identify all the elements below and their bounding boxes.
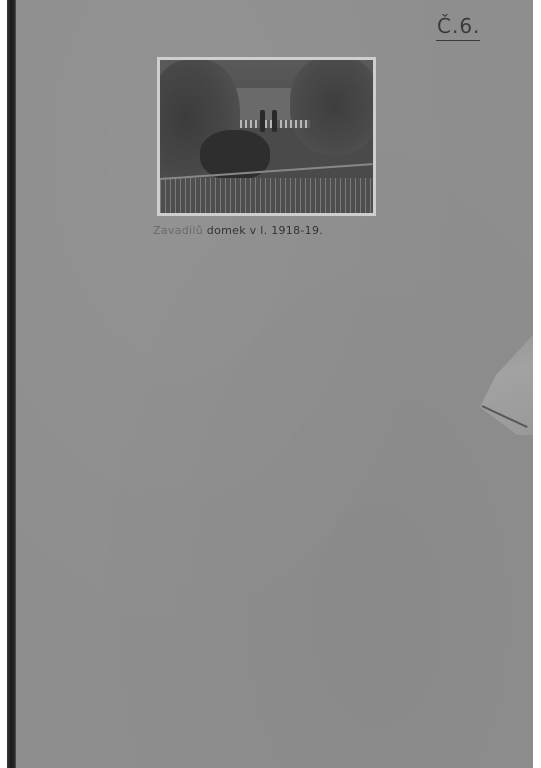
photo-caption: Zavadilů domek v l. 1918-19. [153,224,323,237]
photo-figure [260,110,265,132]
binding-strip [7,0,16,768]
caption-text: domek v l. 1918-19. [203,224,323,237]
photo-fence-front [160,178,373,213]
right-margin [533,0,541,768]
photo-house [235,88,295,120]
photo-figure [272,110,277,132]
photo-image [160,60,373,213]
caption-faded-text: Zavadilů [153,224,203,237]
page-number-label: Č.6. [437,14,480,38]
photo-tree-right [290,60,373,155]
archival-photo [157,57,376,216]
page-label-underline [436,40,480,41]
